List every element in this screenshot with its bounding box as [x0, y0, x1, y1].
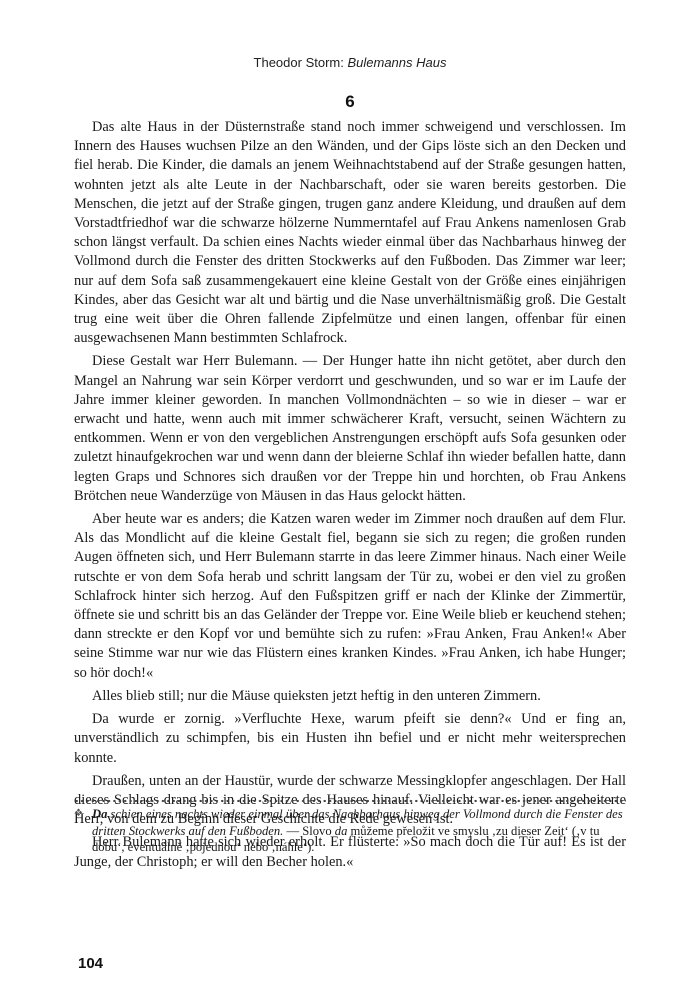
- footnote-text: Da schien eines nachts wieder einmal übe…: [74, 806, 626, 856]
- footnote-explanation-1: — Slovo: [283, 824, 334, 838]
- paragraph: Alles blieb still; nur die Mäuse quiekst…: [74, 687, 626, 706]
- page-number: 104: [78, 955, 103, 972]
- running-head-title: Bulemanns Haus: [347, 55, 446, 70]
- paragraph: Aber heute war es anders; die Katzen war…: [74, 510, 626, 683]
- footnote-dotted-divider: [74, 799, 626, 803]
- paragraph: Diese Gestalt war Herr Bulemann. — Der H…: [74, 352, 626, 506]
- running-head: Theodor Storm: Bulemanns Haus: [0, 55, 700, 70]
- chapter-number: 6: [0, 92, 700, 112]
- running-head-author: Theodor Storm:: [254, 55, 348, 70]
- paragraph: Da wurde er zornig. »Verfluchte Hexe, wa…: [74, 710, 626, 768]
- footnote-keyword: Da: [92, 807, 107, 821]
- body-text: Das alte Haus in der Düsternstraße stand…: [74, 118, 626, 876]
- ornament-bullet-icon: ❖: [74, 806, 83, 823]
- paragraph: Das alte Haus in der Düsternstraße stand…: [74, 118, 626, 348]
- footnote: ❖ Da schien eines nachts wieder einmal ü…: [74, 806, 626, 856]
- footnote-keyword-inline: da: [335, 824, 348, 838]
